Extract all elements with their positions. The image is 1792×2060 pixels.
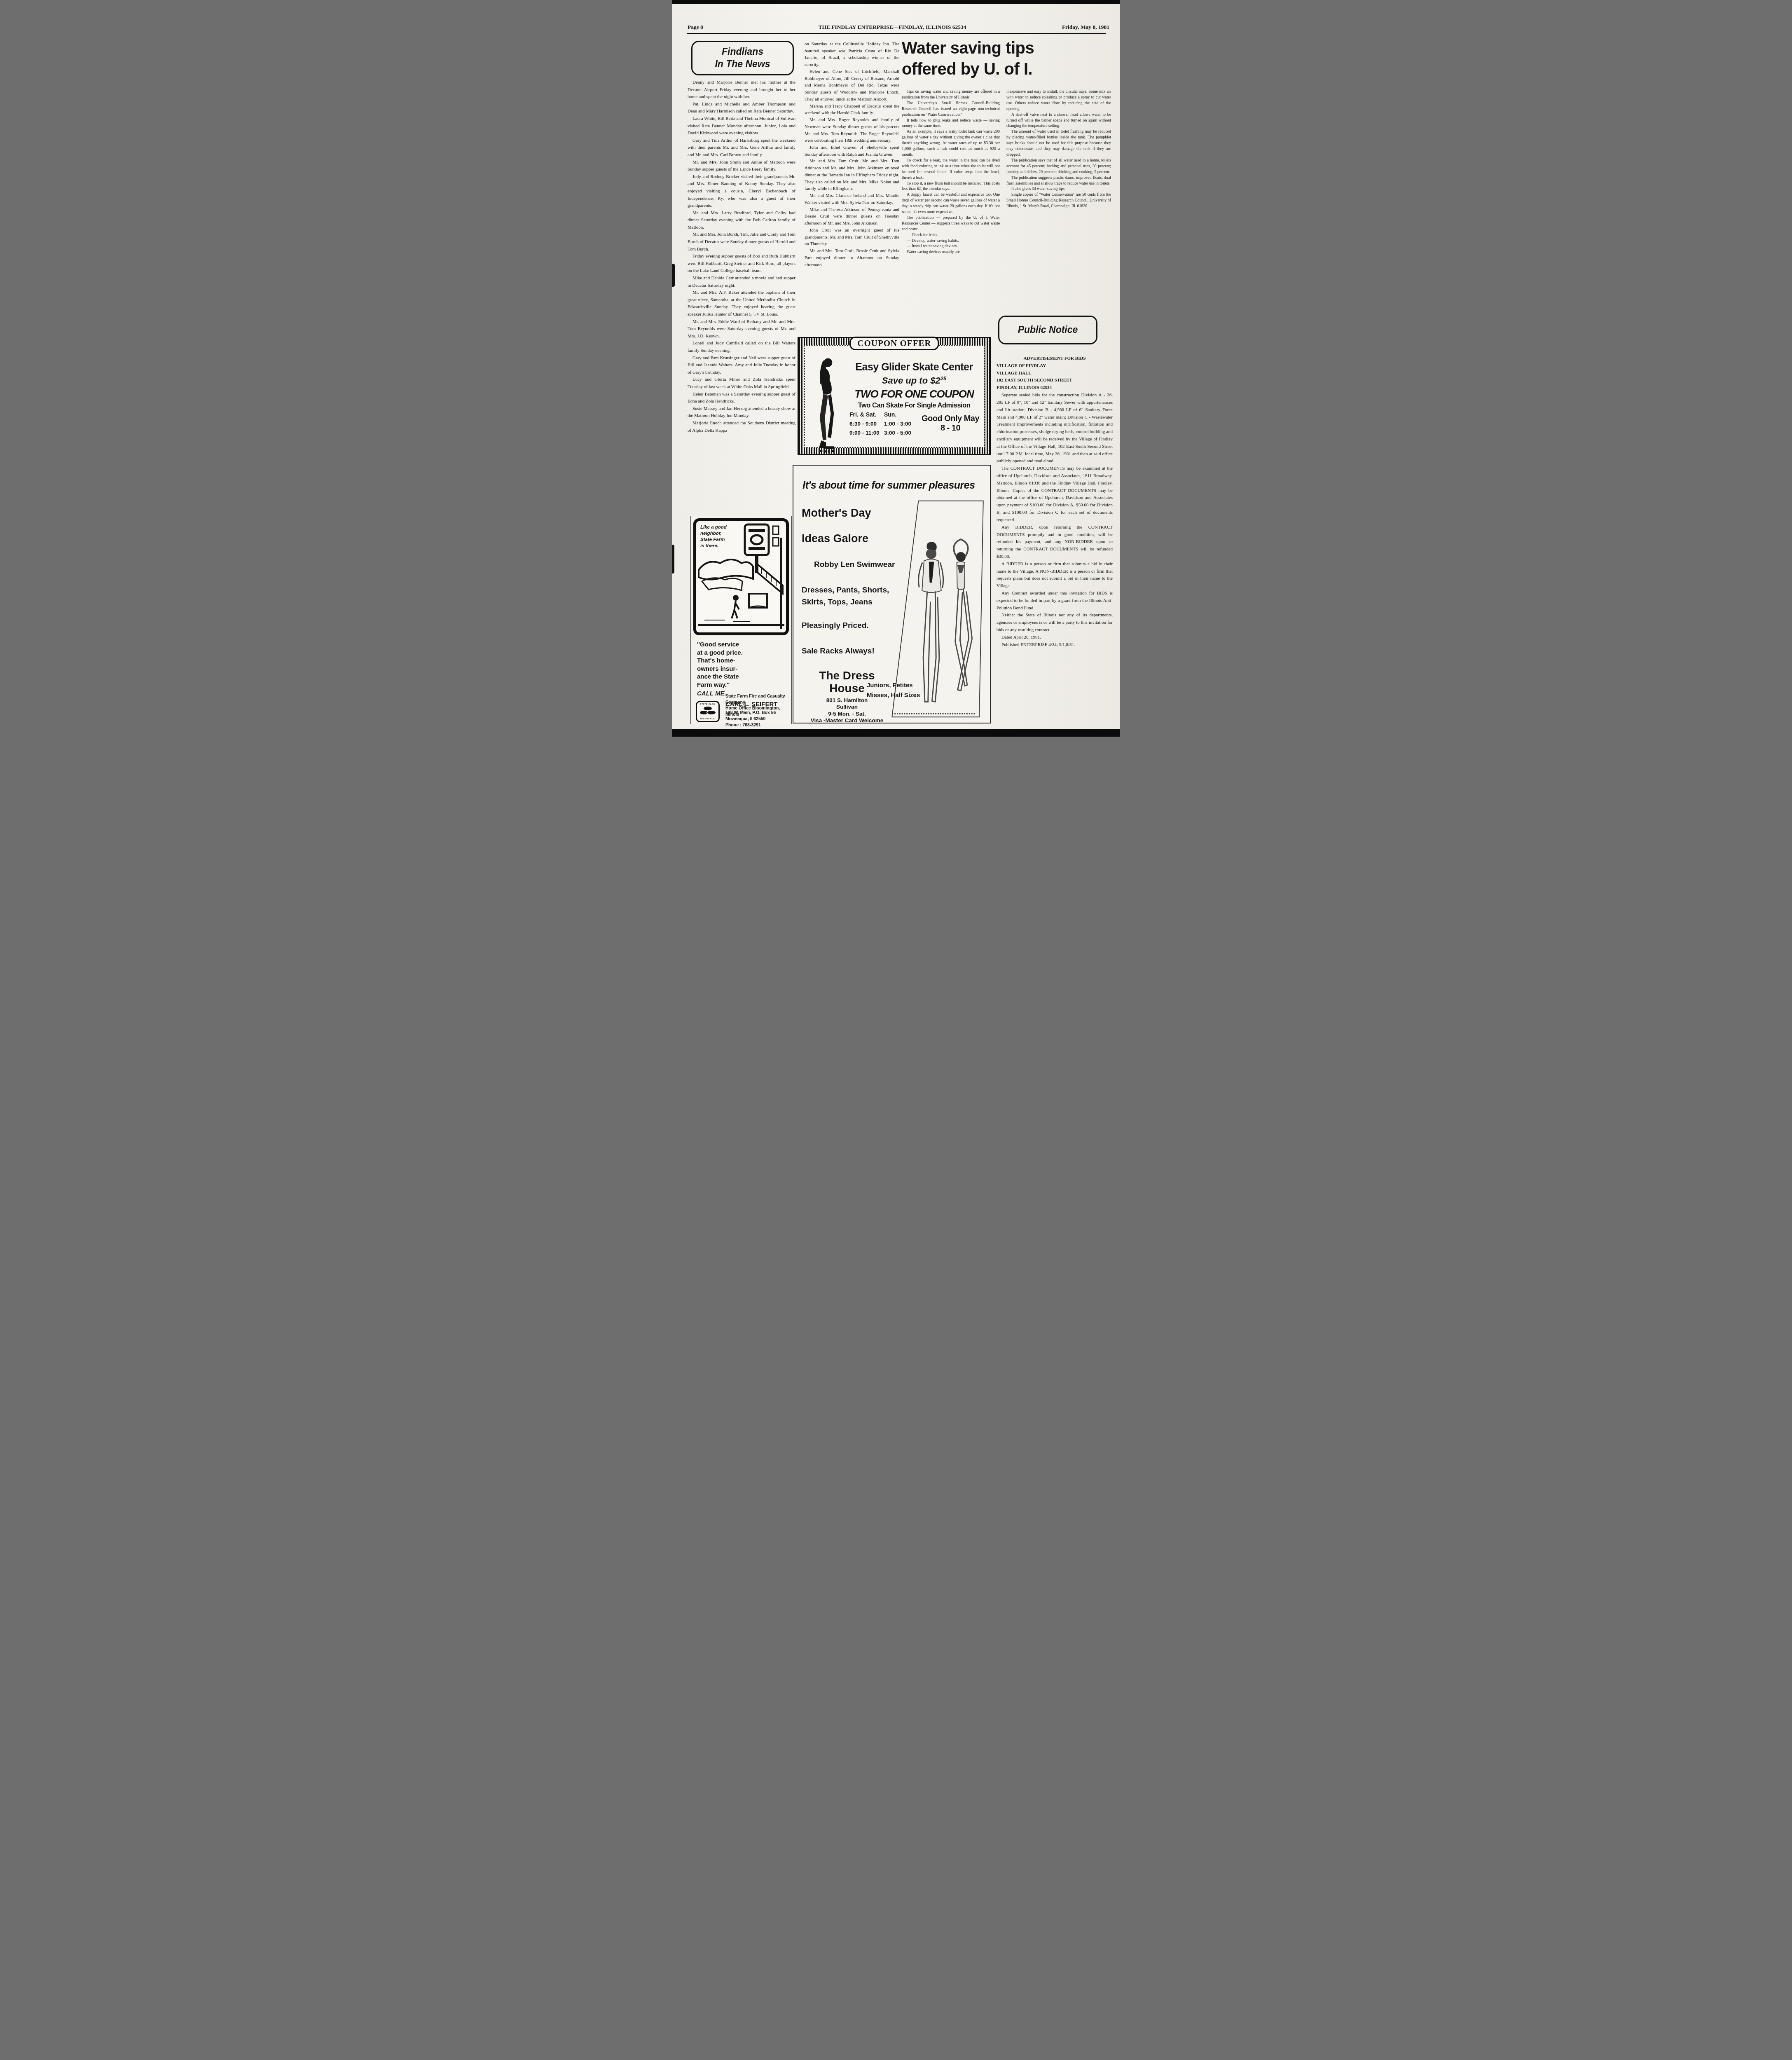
public-notice-text: ADVERTISEMENT FOR BIDS VILLAGE OF FINDLA…	[997, 355, 1113, 649]
merchandise-line: Dresses, Pants, Shorts,	[802, 584, 889, 596]
session-time: 1:00 - 3:00	[884, 421, 919, 427]
quote-line: Farm way."	[697, 681, 743, 689]
notice-body: Separate sealed bids for the constructio…	[997, 392, 1113, 648]
session-time: 3:00 - 5:00	[884, 430, 919, 436]
notice-address-line: VILLAGE HALL	[997, 370, 1113, 377]
save-label: Save up to	[882, 375, 930, 386]
street-scene-panel: Like a goodneighbor,State Farmis there.	[693, 518, 789, 635]
scan-artifact-bottom-bar	[672, 729, 1120, 737]
news-paragraph: Mr. and Mrs. Larry Bradford, Tyler and C…	[688, 210, 795, 232]
dress-house-ad: It's about time for summer pleasures Mot…	[793, 465, 991, 723]
logo-oval	[707, 710, 716, 715]
scan-smudge	[672, 545, 674, 574]
state-farm-slogan: Like a goodneighbor,State Farmis there.	[700, 524, 727, 549]
fri-sat-label: Fri. & Sat.	[849, 411, 884, 418]
findlians-section-header: FindliansIn The News	[691, 41, 794, 75]
news-paragraph: Mr. and Mrs. John Burch, Tim, Julie and …	[688, 231, 795, 253]
article-paragraph: Single copies of "Water Conservation" ar…	[1006, 192, 1111, 209]
sun-schedule: Sun. 1:00 - 3:003:00 - 5:00	[884, 411, 919, 436]
article-paragraph-continued: inexpensive and easy to install, the cir…	[1006, 89, 1111, 112]
section-title-line: Findlians	[692, 46, 793, 58]
article-paragraph: To stop it, a new flush ball should be i…	[902, 181, 1000, 192]
article-paragraph: As an example, it says a leaky toilet ta…	[902, 129, 1000, 158]
agent-name: CARL L. SEIFERT	[725, 701, 777, 708]
news-paragraph: Mr. and Mrs. John Smith and Annie of Mat…	[688, 159, 795, 173]
agent-contact: 128 W. Main, P.O. Box 56Moweaqua, Il 625…	[725, 710, 776, 729]
merchandise-list: Dresses, Pants, Shorts,Skirts, Tops, Jea…	[802, 584, 889, 609]
public-notice-header: Public Notice	[998, 316, 1097, 344]
store-address-line: Visa -Master Card Welcome	[802, 717, 892, 724]
skate-center-coupon-ad: COUPON OFFER Easy Glider Skate Center Sa…	[798, 337, 991, 455]
article-paragraph: The University's Small Homes Council-Bui…	[902, 101, 1000, 118]
findlians-column-1: Denny and Marjorie Benner met his mother…	[688, 79, 795, 434]
quote-line: at a good price.	[697, 649, 743, 657]
headline-line: offered by U. of I.	[902, 59, 1113, 80]
news-paragraph: Laura White, Bill Beitz and Thelma Monic…	[688, 115, 795, 137]
slogan-line: is there.	[700, 543, 727, 549]
water-article-headline: Water saving tipsoffered by U. of I.	[902, 38, 1113, 80]
article-paragraph: It tells how to plug leaks and reduce wa…	[902, 118, 1000, 129]
article-paragraph: To check for a leak, the water in the ta…	[902, 158, 1000, 181]
scan-artifact-top-bar	[672, 0, 1120, 4]
sun-label: Sun.	[884, 411, 919, 418]
news-paragraph: Loneil and Judy Camfield called on the B…	[688, 340, 795, 354]
newspaper-page: Page 8 THE FINDLAY ENTERPRISE—FINDLAY, I…	[672, 0, 1120, 737]
notice-paragraph: Separate sealed bids for the constructio…	[997, 392, 1113, 465]
store-address: 801 S. HamiltonSullivan9-5 Mon. - Sat.Vi…	[802, 697, 892, 724]
call-me-line: CALL ME.	[697, 690, 726, 697]
notice-address-line: 102 EAST SOUTH SECOND STREET	[997, 377, 1113, 384]
headline-line: Water saving tips	[902, 38, 1113, 59]
notice-paragraph: A BIDDER is a person or firm that submit…	[997, 561, 1113, 590]
news-paragraph: Mr. and Mrs. A.F. Baker attended the bap…	[688, 289, 795, 318]
water-article-column-2: inexpensive and easy to install, the cir…	[1006, 89, 1111, 209]
news-paragraph: Mr. and Mrs. Eddie Ward of Bethany and M…	[688, 318, 795, 340]
sizes-offered: Juniors, PetitesMisses, Half Sizes	[867, 681, 920, 700]
article-paragraph: The publication suggests plastic dams, i…	[1006, 175, 1111, 187]
notice-address-line: FINDLAY, ILLINOIS 62534	[997, 384, 1113, 392]
price-cents: 25	[940, 375, 946, 382]
article-paragraph: The publication says that of all water u…	[1006, 158, 1111, 175]
price-dollars: $2	[930, 375, 940, 386]
agent-contact-line: Phone : 768-3291	[725, 722, 776, 728]
news-paragraph-continued: on Saturday at the Collinsville Holiday …	[805, 41, 899, 68]
news-paragraph: Mr. and Mrs. Clarence Ireland and Mrs. M…	[805, 192, 899, 206]
scan-smudge	[672, 264, 675, 287]
article-paragraph: The publication — prepared by the U. of …	[902, 215, 1000, 232]
validity-dates: Good Only May 8 - 10	[920, 414, 980, 433]
store-address-line: 9-5 Mon. - Sat.	[802, 711, 892, 717]
state-farm-logo-icon: STATE FARM INSURANCE	[696, 701, 720, 722]
news-paragraph: Marsha and Tracy Chappell of Decatur spe…	[805, 103, 899, 117]
ad-tagline: It's about time for summer pleasures	[802, 480, 975, 492]
page-number: Page 8	[688, 24, 703, 30]
notice-paragraph: Neither the State of Illinois nor any of…	[997, 612, 1113, 634]
notice-address-line: VILLAGE OF FINDLAY	[997, 363, 1113, 370]
news-paragraph: Helen Bateman was a Saturday evening sup…	[688, 391, 795, 405]
water-article-column-1: Tips on saving water and saving money ar…	[902, 89, 1000, 255]
notice-paragraph: Any BIDDER, upon returning the CONTRACT …	[997, 524, 1113, 561]
notice-paragraph: Dated April 20, 1981.	[997, 634, 1113, 641]
skater-illustration	[808, 355, 846, 457]
swimwear-brand: Robby Len Swimwear	[814, 560, 895, 569]
service-quote: "Good serviceat a good price.That's home…	[697, 641, 743, 689]
article-paragraph: — Check for leaks.	[902, 232, 1000, 238]
logo-bottom-text: INSURANCE	[697, 718, 718, 720]
quote-line: That's home-	[697, 657, 743, 665]
pricing-line: Pleasingly Priced.	[802, 621, 869, 630]
issue-date: Friday, May 8, 1981	[1062, 24, 1109, 30]
news-paragraph: John Cruit was an overnight guest of his…	[805, 227, 899, 248]
article-paragraph: Water-saving devices usually are	[902, 249, 1000, 255]
news-paragraph: Lucy and Gloria Miner and Zola Hendricks…	[688, 376, 795, 391]
news-paragraph: Susie Massey and Jan Herzog attended a b…	[688, 405, 795, 420]
article-paragraph: A drippy faucet can be wasteful and expe…	[902, 192, 1000, 215]
store-address-line: Sullivan	[802, 704, 892, 710]
sizes-line: Misses, Half Sizes	[867, 691, 920, 700]
logo-top-text: STATE FARM	[697, 703, 718, 705]
slogan-line: Like a good	[700, 524, 727, 531]
notice-address: VILLAGE OF FINDLAYVILLAGE HALL102 EAST S…	[997, 363, 1113, 392]
news-paragraph: Gary and Tina Arthur of Harrisburg spent…	[688, 137, 795, 159]
section-title-line: In The News	[692, 58, 793, 70]
skate-center-name: Easy Glider Skate Center	[848, 361, 980, 373]
offer-title: TWO FOR ONE COUPON	[848, 388, 980, 400]
sizes-line: Juniors, Petites	[867, 681, 920, 691]
agent-contact-line: 128 W. Main, P.O. Box 56	[725, 710, 776, 716]
store-name-line: The Dress	[802, 669, 892, 682]
notice-paragraph: The CONTRACT DOCUMENTS may be examined a…	[997, 465, 1113, 524]
news-paragraph: Helen and Gene Sies of Litchfield, Marsh…	[805, 68, 899, 103]
quote-line: "Good service	[697, 641, 743, 649]
news-paragraph: Pat, Linda and Michelle and Amber Thomps…	[688, 101, 795, 115]
merchandise-line: Skirts, Tops, Jeans	[802, 596, 889, 608]
coupon-inner-frame: Easy Glider Skate Center Save up to $225…	[804, 345, 985, 448]
article-paragraph: Tips on saving water and saving money ar…	[902, 89, 1000, 101]
masthead: THE FINDLAY ENTERPRISE—FINDLAY, ILLINOIS…	[775, 24, 1010, 30]
news-paragraph: Mike and Theresa Atkinson of Pennsylvani…	[805, 206, 899, 227]
news-paragraph: Jody and Rodney Bricker visited their gr…	[688, 173, 795, 210]
header-rule	[687, 33, 1106, 34]
news-paragraph: Mr. and Mrs. Tom Cruit, Mr. and Mrs. Tom…	[805, 158, 899, 192]
skating-schedule: Fri. & Sat. 6:30 - 9:009:00 - 11:00 Sun.…	[848, 411, 980, 436]
news-paragraph: Mr. and Mrs. Roger Reynolds and family o…	[805, 117, 899, 144]
notice-paragraph: Published ENTERPRISE 4/24; 5/1,8/81.	[997, 641, 1113, 649]
sale-line: Sale Racks Always!	[802, 647, 875, 656]
news-paragraph: John and Ethel Graven of Shelbyville spe…	[805, 144, 899, 158]
slogan-line: neighbor,	[700, 531, 727, 537]
state-farm-ad: Like a goodneighbor,State Farmis there.	[690, 516, 792, 724]
session-time: 6:30 - 9:00	[849, 421, 884, 427]
session-time: 9:00 - 11:00	[849, 430, 884, 436]
news-paragraph: Friday evening supper guests of Bob and …	[688, 253, 795, 275]
article-paragraph: — Install water-saving devices.	[902, 243, 1000, 249]
news-paragraph: Mike and Debbie Carr attended a movie an…	[688, 275, 795, 289]
slogan-line: State Farm	[700, 537, 727, 543]
news-paragraph: Marjorie Enoch attended the Southern Dis…	[688, 420, 795, 434]
notice-paragraph: Any Contract awarded under this invitati…	[997, 590, 1113, 612]
coupon-body: Easy Glider Skate Center Save up to $225…	[848, 361, 980, 436]
coupon-banner: COUPON OFFER	[849, 337, 939, 350]
news-paragraph: Mr. and Mrs. Tom Cruit, Bessie Cruit and…	[805, 248, 899, 268]
ideas-galore-line: Ideas Galore	[802, 532, 868, 545]
findlians-column-2: on Saturday at the Collinsville Holiday …	[805, 41, 899, 268]
quote-line: owners insur-	[697, 665, 743, 673]
notice-heading: ADVERTISEMENT FOR BIDS	[997, 355, 1113, 363]
fri-sat-schedule: Fri. & Sat. 6:30 - 9:009:00 - 11:00	[849, 411, 884, 436]
news-paragraph: Denny and Marjorie Benner met his mother…	[688, 79, 795, 101]
mothers-day-line: Mother's Day	[802, 507, 871, 520]
quote-line: ance the State	[697, 673, 743, 681]
agent-contact-line: Moweaqua, Il 62550	[725, 716, 776, 722]
article-paragraph: It also gives 34 water-saving tips.	[1006, 186, 1111, 192]
article-paragraph: The amount of water used in toilet flush…	[1006, 129, 1111, 158]
offer-subtitle: Two Can Skate For Single Admission	[848, 402, 980, 410]
news-paragraph: Gary and Pam Krutsinger and Neil were su…	[688, 355, 795, 377]
savings-line: Save up to $225	[848, 375, 980, 386]
article-paragraph: — Develop water-saving habits.	[902, 238, 1000, 244]
article-paragraph: A shut-off valve next to a shower head a…	[1006, 112, 1111, 129]
